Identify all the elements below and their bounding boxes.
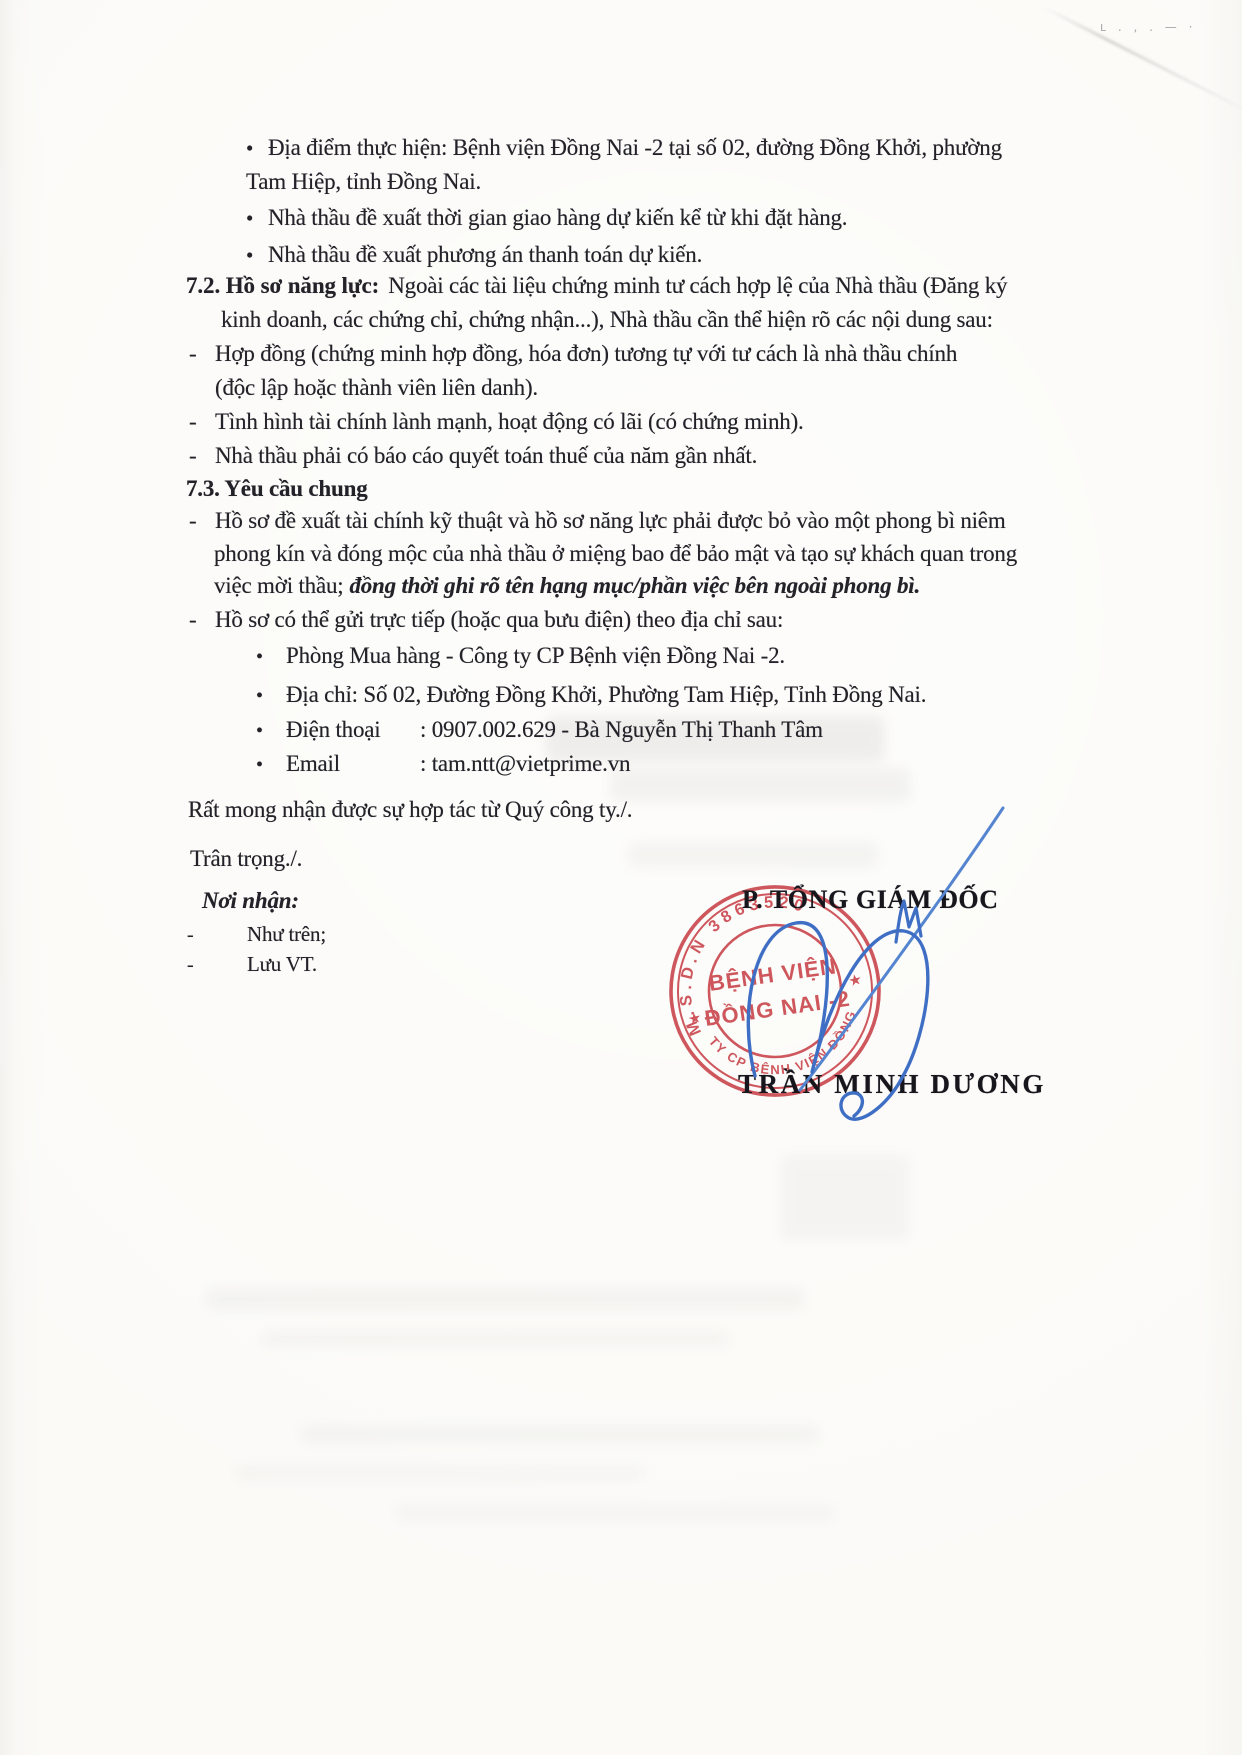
recipient-item: -Như trên;	[187, 918, 326, 952]
section-72-heading-line: 7.2. Hồ sơ năng lực:Ngoài các tài liệu c…	[186, 269, 1007, 302]
body-line: Như trên;	[247, 922, 326, 946]
bleedthrough-ghost	[205, 1288, 805, 1310]
contact-item-address: •Địa chỉ: Số 02, Đường Đồng Khởi, Phường…	[256, 678, 926, 713]
body-line: Phòng Mua hàng - Công ty CP Bệnh viện Đồ…	[286, 643, 785, 668]
contact-item-phone: •Điện thoại: 0907.002.629 - Bà Nguyễn Th…	[256, 713, 823, 748]
bleedthrough-ghost	[235, 1465, 645, 1481]
bullet-icon: •	[246, 239, 268, 272]
closing-cooperation-line: Rất mong nhận được sự hợp tác từ Quý côn…	[188, 793, 632, 826]
list-item-location: •Địa điểm thực hiện: Bệnh viện Đồng Nai …	[246, 131, 1002, 165]
body-line: Tình hình tài chính lành mạnh, hoạt động…	[215, 409, 804, 434]
body-line: Hồ sơ có thể gửi trực tiếp (hoặc qua bưu…	[215, 607, 783, 632]
signature-diagonal-stroke	[800, 808, 1003, 1090]
dash-icon: -	[189, 504, 215, 537]
body-line: (độc lập hoặc thành viên liên danh).	[215, 375, 538, 400]
body-line: Hợp đồng (chứng minh hợp đồng, hóa đơn) …	[215, 341, 957, 366]
bullet-icon: •	[256, 680, 286, 713]
dash-icon: -	[187, 949, 247, 982]
dash-item-contracts: -Hợp đồng (chứng minh hợp đồng, hóa đơn)…	[189, 337, 957, 370]
list-item-payment: •Nhà thầu đề xuất phương án thanh toán d…	[246, 238, 702, 272]
handwritten-signature	[700, 780, 1040, 1170]
dash-icon: -	[189, 439, 215, 472]
bullet-icon: •	[246, 202, 268, 235]
bleedthrough-ghost	[260, 1330, 730, 1348]
closing-regards-line: Trân trọng./.	[190, 842, 302, 875]
body-line: Địa chỉ: Số 02, Đường Đồng Khởi, Phường …	[286, 682, 926, 707]
bullet-icon: •	[246, 132, 268, 165]
dash-item-envelope-cont2: việc mời thầu;đồng thời ghi rõ tên hạng …	[214, 569, 920, 602]
contact-label: Email	[286, 747, 420, 780]
dash-item-contracts-cont: (độc lập hoặc thành viên liên danh).	[215, 371, 538, 404]
section-72-cont-line: kinh doanh, các chứng chỉ, chứng nhận...…	[221, 303, 993, 336]
list-item-location-cont: Tam Hiệp, tỉnh Đồng Nai.	[246, 165, 481, 198]
body-line: việc mời thầu;	[214, 573, 343, 598]
body-line: kinh doanh, các chứng chỉ, chứng nhận...…	[221, 307, 993, 332]
body-line: Lưu VT.	[247, 952, 317, 976]
body-line: phong kín và đóng mộc của nhà thầu ở miệ…	[214, 541, 1017, 566]
contact-value: : 0907.002.629 - Bà Nguyễn Thị Thanh Tâm	[420, 717, 823, 742]
dash-icon: -	[189, 337, 215, 370]
body-line: Nhà thầu đề xuất thời gian giao hàng dự …	[268, 205, 847, 230]
list-item-delivery: •Nhà thầu đề xuất thời gian giao hàng dự…	[246, 201, 847, 235]
body-line: Tam Hiệp, tỉnh Đồng Nai.	[246, 169, 481, 194]
bullet-icon: •	[256, 715, 286, 748]
bullet-icon: •	[256, 749, 286, 782]
contact-value: : tam.ntt@vietprime.vn	[420, 751, 630, 776]
dash-icon: -	[189, 603, 215, 636]
bleedthrough-ghost	[300, 1425, 820, 1443]
body-line: Ngoài các tài liệu chứng minh tư cách hợ…	[388, 273, 1007, 298]
recipient-item: -Lưu VT.	[187, 948, 317, 982]
dash-item-submission: -Hồ sơ có thể gửi trực tiếp (hoặc qua bư…	[189, 603, 783, 636]
dash-icon: -	[189, 405, 215, 438]
section-number-title: 7.2. Hồ sơ năng lực:	[186, 273, 379, 298]
body-line: Hồ sơ đề xuất tài chính kỹ thuật và hồ s…	[215, 508, 1006, 533]
scanned-document-page: ʟ . , . — · •Địa điểm thực hiện: Bệnh vi…	[0, 0, 1242, 1755]
dash-item-tax-report: -Nhà thầu phải có báo cáo quyết toán thu…	[189, 439, 757, 472]
section-73-heading: 7.3. Yêu cầu chung	[186, 472, 368, 505]
recipients-heading: Nơi nhận:	[202, 885, 299, 917]
contact-label: Điện thoại	[286, 713, 420, 746]
body-line: Địa điểm thực hiện: Bệnh viện Đồng Nai -…	[268, 135, 1002, 160]
body-line: Nhà thầu đề xuất phương án thanh toán dự…	[268, 242, 702, 267]
dash-item-envelope-cont1: phong kín và đóng mộc của nhà thầu ở miệ…	[214, 537, 1017, 570]
emphasized-clause: đồng thời ghi rõ tên hạng mục/phần việc …	[349, 573, 920, 598]
contact-item-email: •Email: tam.ntt@vietprime.vn	[256, 747, 630, 782]
contact-item-department: •Phòng Mua hàng - Công ty CP Bệnh viện Đ…	[256, 639, 785, 674]
dash-item-envelope: -Hồ sơ đề xuất tài chính kỹ thuật và hồ …	[189, 504, 1006, 537]
faint-pencil-marks: ʟ . , . — ·	[1100, 20, 1196, 34]
dash-item-finance: -Tình hình tài chính lành mạnh, hoạt độn…	[189, 405, 804, 438]
bleedthrough-ghost	[395, 1505, 835, 1521]
bullet-icon: •	[256, 641, 286, 674]
body-line: Nhà thầu phải có báo cáo quyết toán thuế…	[215, 443, 757, 468]
